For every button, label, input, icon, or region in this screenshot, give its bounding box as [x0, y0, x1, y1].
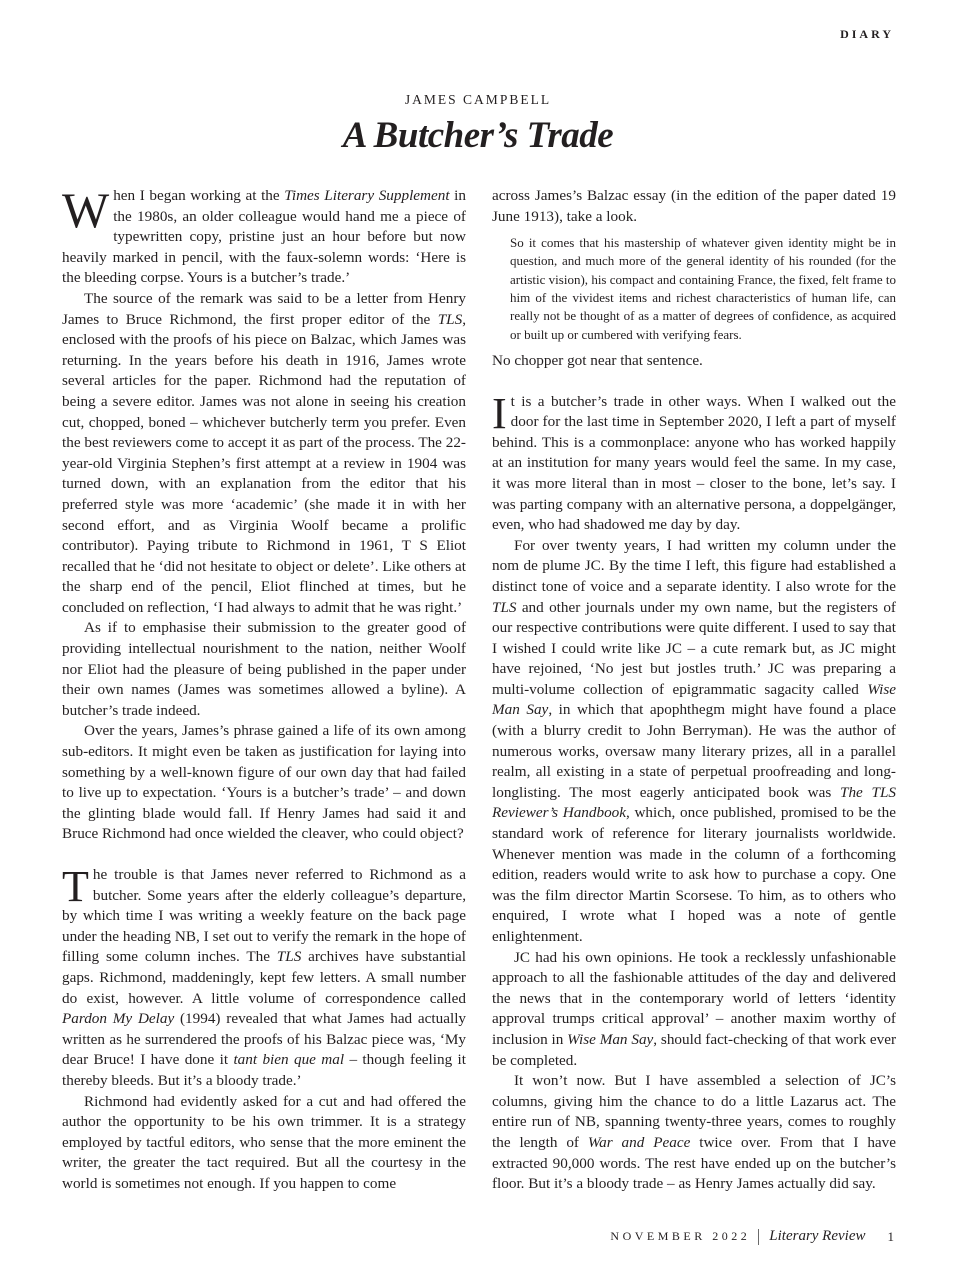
section-label: DIARY [840, 27, 894, 42]
article-title: A Butcher’s Trade [0, 114, 956, 157]
drop-cap: T [62, 868, 89, 904]
paragraph: Over the years, James’s phrase gained a … [62, 721, 466, 845]
page-number: 1 [888, 1229, 895, 1245]
drop-cap: I [492, 395, 507, 431]
paragraph: It won’t now. But I have assembled a sel… [492, 1071, 896, 1195]
paragraph: It is a butcher’s trade in other ways. W… [492, 392, 896, 536]
paragraph: across James’s Balzac essay (in the edit… [492, 186, 896, 227]
paragraph: As if to emphasise their submission to t… [62, 618, 466, 721]
paragraph: For over twenty years, I had written my … [492, 536, 896, 948]
right-column: across James’s Balzac essay (in the edit… [492, 186, 896, 1195]
left-column: When I began working at the Times Litera… [62, 186, 466, 1195]
paragraph: Richmond had evidently asked for a cut a… [62, 1092, 466, 1195]
page-footer: NOVEMBER 2022 Literary Review 1 [610, 1228, 894, 1245]
paragraph: JC had his own opinions. He took a reckl… [492, 948, 896, 1072]
paragraph: When I began working at the Times Litera… [62, 186, 466, 289]
drop-cap: W [62, 189, 109, 229]
issue-date: NOVEMBER 2022 [610, 1229, 750, 1244]
paragraph: The trouble is that James never referred… [62, 865, 466, 1092]
block-quote: So it comes that his mastership of whate… [510, 234, 896, 344]
publication-name: Literary Review [769, 1228, 865, 1245]
paragraph: The source of the remark was said to be … [62, 289, 466, 619]
paragraph: No chopper got near that sentence. [492, 351, 896, 372]
footer-divider [758, 1229, 759, 1245]
byline: JAMES CAMPBELL [0, 92, 956, 108]
